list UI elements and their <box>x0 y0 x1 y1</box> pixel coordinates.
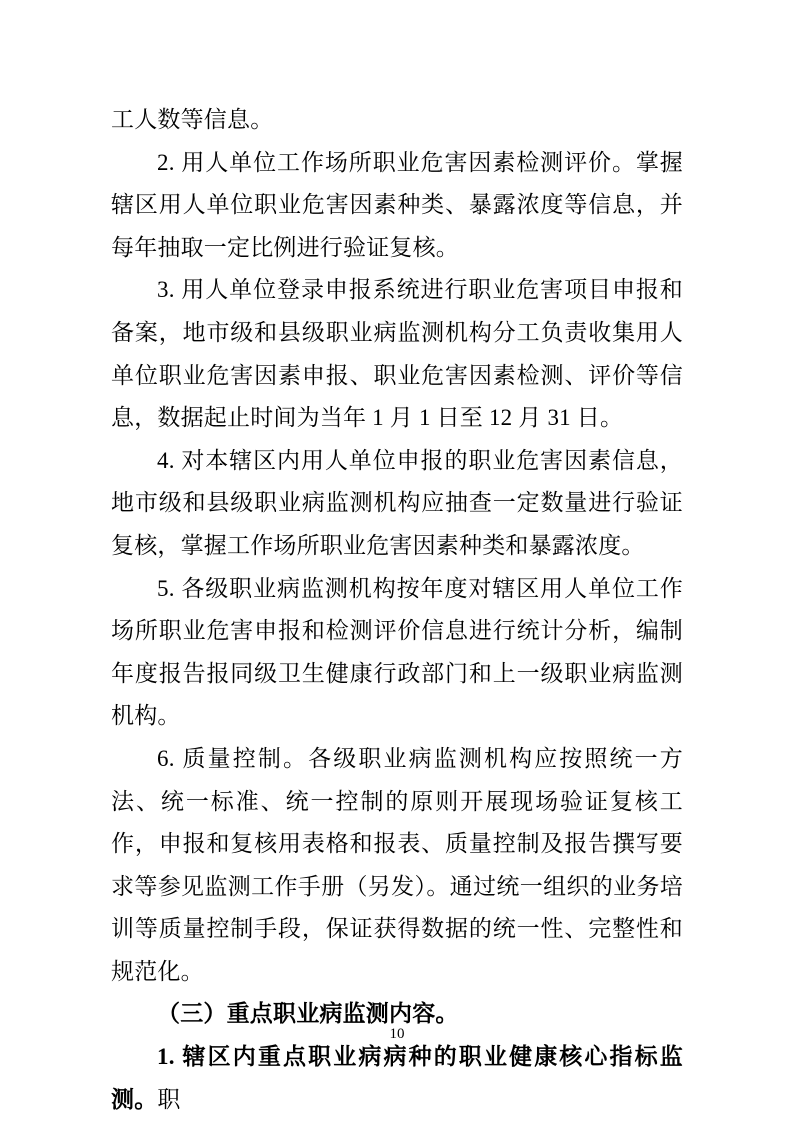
document-page: 工人数等信息。 2. 用人单位工作场所职业危害因素检测评价。掌握辖区用人单位职业… <box>0 0 794 1122</box>
paragraph-item-6: 6. 质量控制。各级职业病监测机构应按照统一方法、统一标准、统一控制的原则开展现… <box>111 738 683 994</box>
paragraph-item-7: 1. 辖区内重点职业病病种的职业健康核心指标监测。职 <box>111 1036 683 1121</box>
paragraph-item-5: 5. 各级职业病监测机构按年度对辖区用人单位工作场所职业危害申报和检测评价信息进… <box>111 568 683 738</box>
paragraph-bold-lead: 1. 辖区内重点职业病病种的职业健康核心指标监测。 <box>111 1044 683 1112</box>
paragraph-item-3: 3. 用人单位登录申报系统进行职业危害项目申报和备案，地市级和县级职业病监测机构… <box>111 269 683 439</box>
document-body: 工人数等信息。 2. 用人单位工作场所职业危害因素检测评价。掌握辖区用人单位职业… <box>111 99 683 1121</box>
paragraph-continuation: 工人数等信息。 <box>111 99 683 142</box>
paragraph-item-4: 4. 对本辖区内用人单位申报的职业危害因素信息，地市级和县级职业病监测机构应抽查… <box>111 440 683 568</box>
page-number: 10 <box>0 1024 794 1044</box>
paragraph-item-2: 2. 用人单位工作场所职业危害因素检测评价。掌握辖区用人单位职业危害因素种类、暴… <box>111 142 683 270</box>
paragraph-regular-tail: 职 <box>157 1087 180 1112</box>
